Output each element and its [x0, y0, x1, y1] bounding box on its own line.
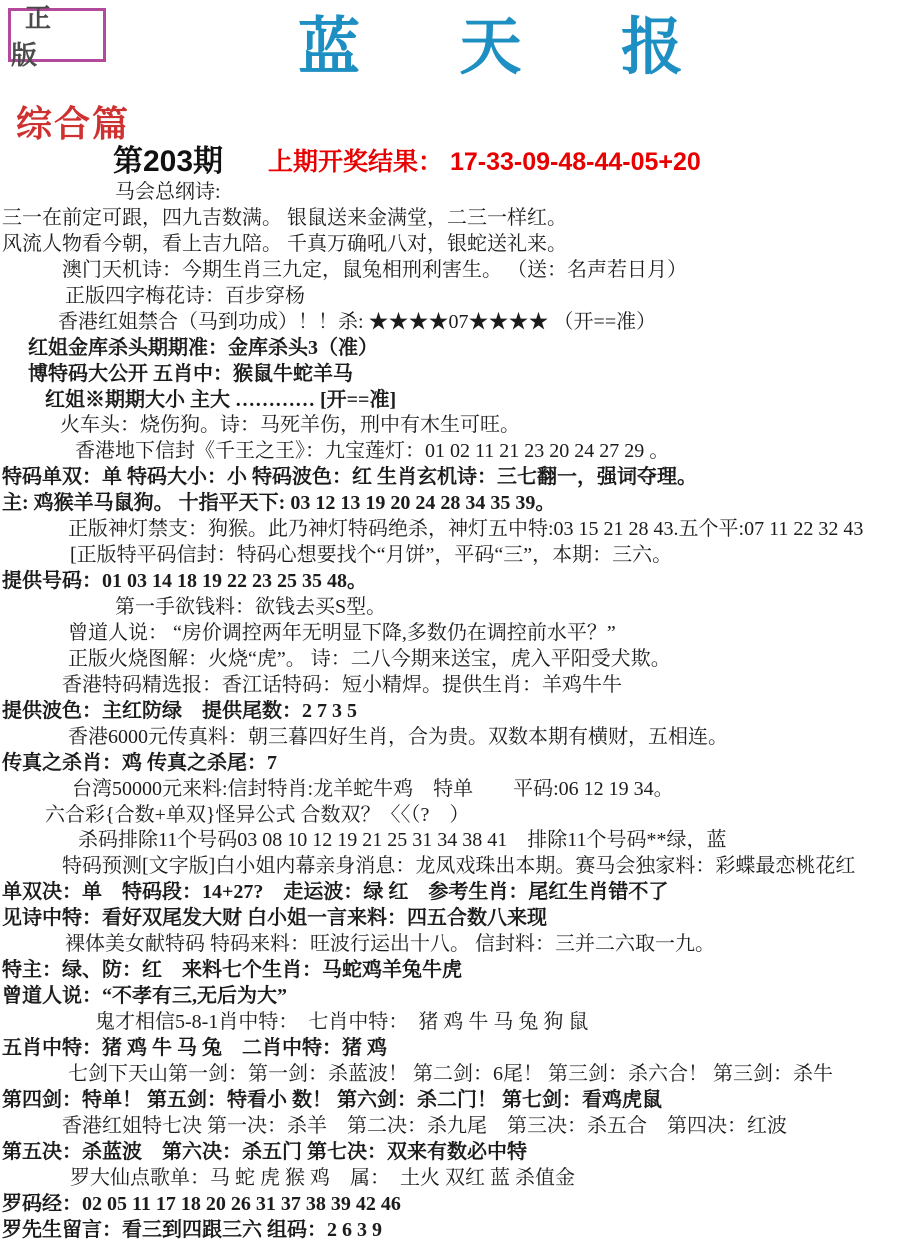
text-line: 罗先生留言：看三到四跟三六 组码：2 6 3 9	[0, 1218, 900, 1244]
text-line: 风流人物看今朝，看上吉九陪。 千真万确吼八对，银蛇送礼来。	[0, 232, 900, 258]
text-line: 第一手欲钱料：欲钱去买S型。	[0, 595, 900, 621]
page-title: 蓝 天 报	[298, 14, 725, 82]
text-line: 博特码大公开 五肖中：猴鼠牛蛇羊马	[0, 362, 900, 388]
text-line: 特码预测[文字版]白小姐内幕亲身消息：龙凤戏珠出本期。赛马会独家料：彩蝶最恋桃花…	[0, 854, 900, 880]
newspaper-page: 正 版 蓝 天 报 综合篇 第203期 上期开奖结果： 17-33-09-48-…	[0, 0, 900, 1244]
text-line: 曾道人说： “房价调控两年无明显下降,多数仍在调控前水平？”	[0, 621, 900, 647]
text-line: 香港红姐禁合（马到功成）！！杀: ★★★★07★★★★ （开==准）	[0, 310, 900, 336]
text-line: 台湾50000元来料:信封特肖:龙羊蛇牛鸡 特单 平码:06 12 19 34。	[0, 777, 900, 803]
text-line: 香港红姐特七决 第一决：杀羊 第二决：杀九尾 第三决：杀五合 第四决：红波	[0, 1114, 900, 1140]
text-line: 三一在前定可跟，四九吉数满。 银鼠送来金满堂，二三一样红。	[0, 206, 900, 232]
text-line: 提供波色：主红防绿 提供尾数：2 7 3 5	[0, 699, 900, 725]
text-line: 红姐金库杀头期期准：金库杀头3（准）	[0, 336, 900, 362]
text-line: 见诗中特：看好双尾发大财 白小姐一言来料：四五合数八来现	[0, 906, 900, 932]
body-lines: 马会总纲诗:三一在前定可跟，四九吉数满。 银鼠送来金满堂，二三一样红。风流人物看…	[0, 180, 900, 1243]
text-line: 第五决：杀蓝波 第六决：杀五门 第七决：双来有数必中特	[0, 1140, 900, 1166]
text-line: 七剑下天山第一剑：第一剑：杀蓝波！ 第二剑：6尾！ 第三剑：杀六合！ 第三剑：杀…	[0, 1062, 900, 1088]
text-line: 传真之杀肖：鸡 传真之杀尾：7	[0, 751, 900, 777]
text-line: 火车头：烧伤狗。诗：马死羊伤，刑中有木生可旺。	[0, 413, 900, 439]
issue-number: 第203期	[113, 136, 223, 180]
text-line: 鬼才相信5-8-1肖中特： 七肖中特： 猪 鸡 牛 马 兔 狗 鼠	[0, 1010, 900, 1036]
text-line: 特主：绿、防：红 来料七个生肖：马蛇鸡羊兔牛虎	[0, 958, 900, 984]
text-line: 香港地下信封《千王之王》：九宝莲灯：01 02 11 21 23 20 24 2…	[0, 439, 900, 465]
text-line: 单双决：单 特码段：14+27? 走运波：绿 红 参考生肖：尾红生肖错不了	[0, 880, 900, 906]
text-line: 特码单双：单 特码大小：小 特码波色：红 生肖玄机诗：三七翻一，强词夺理。	[0, 465, 900, 491]
text-line: 六合彩{合数+单双}怪异公式 合数双？〈〈（? ）	[0, 803, 900, 829]
text-line: 马会总纲诗:	[0, 180, 900, 206]
text-line: 香港特码精选报：香江话特码：短小精焊。提供生肖：羊鸡牛牛	[0, 673, 900, 699]
text-line: 五肖中特：猪 鸡 牛 马 兔 二肖中特：猪 鸡	[0, 1036, 900, 1062]
text-line: 裸体美女献特码 特码来料：旺波行运出十八。 信封料：三并二六取一九。	[0, 932, 900, 958]
last-draw-result: 上期开奖结果： 17-33-09-48-44-05+20	[268, 142, 701, 178]
edition-badge: 正 版	[8, 8, 106, 62]
text-line: 罗码经：02 05 11 17 18 20 26 31 37 38 39 42 …	[0, 1192, 900, 1218]
text-line: 曾道人说：“不孝有三,无后为大”	[0, 984, 900, 1010]
text-line: 杀码排除11个号码03 08 10 12 19 21 25 31 34 38 4…	[0, 828, 900, 854]
text-line: 香港6000元传真料：朝三暮四好生肖，合为贵。双数本期有横财，五相连。	[0, 725, 900, 751]
text-line: 正版火烧图解：火烧“虎”。 诗：二八今期来送宝，虎入平阳受犬欺。	[0, 647, 900, 673]
text-line: 第四剑：特单！ 第五剑：特看小 数！ 第六剑：杀二门！ 第七剑：看鸡虎鼠	[0, 1088, 900, 1114]
text-line: 正版神灯禁支：狗猴。此乃神灯特码绝杀，神灯五中特:03 15 21 28 43.…	[0, 517, 900, 543]
text-line: 提供号码：01 03 14 18 19 22 23 25 35 48。	[0, 569, 900, 595]
text-line: 罗大仙点歌单：马 蛇 虎 猴 鸡 属： 土火 双红 蓝 杀值金	[0, 1166, 900, 1192]
text-line: 主: 鸡猴羊马鼠狗。 十指平天下: 03 12 13 19 20 24 28 3…	[0, 491, 900, 517]
text-line: 正版四字梅花诗：百步穿杨	[0, 284, 900, 310]
text-line: 澳门天机诗：今期生肖三九定，鼠兔相刑利害生。 （送：名声若日月）	[0, 258, 900, 284]
text-line: 红姐※期期大小 主大 ………… [开==准]	[0, 388, 900, 414]
text-line: [正版特平码信封：特码心想要找个“月饼”，平码“三”，本期：三六。	[0, 543, 900, 569]
